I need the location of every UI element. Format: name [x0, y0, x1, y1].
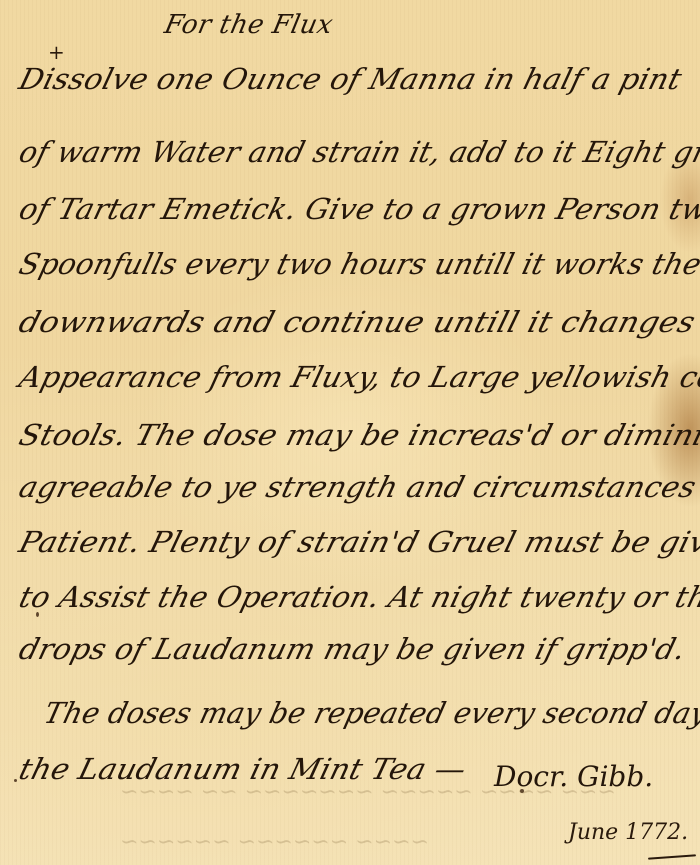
ink-blot — [36, 612, 39, 617]
manuscript-line-3: of Tartar Emetick. Give to a grown Perso… — [16, 192, 700, 226]
margin-cross-mark: + — [48, 40, 65, 64]
date: June 1772. — [568, 820, 688, 845]
manuscript-line-6: Appearance from Fluxy, to Large yellowis… — [16, 360, 700, 394]
manuscript-line-7: Stools. The dose may be increas'd or dim… — [16, 418, 700, 452]
manuscript-line-1: Dissolve one Ounce of Manna in half a pi… — [16, 62, 686, 96]
manuscript-page: For the Flux + Dissolve one Ounce of Man… — [0, 0, 700, 865]
manuscript-line-2: of warm Water and strain it, add to it E… — [16, 135, 700, 169]
manuscript-line-8: agreeable to ye strength and circumstanc… — [16, 470, 700, 504]
manuscript-line-10: to Assist the Operation. At night twenty… — [16, 580, 700, 614]
manuscript-line-5: downwards and continue untill it changes… — [15, 305, 700, 339]
date-underline — [648, 854, 696, 859]
manuscript-line-4: Spoonfulls every two hours untill it wor… — [16, 247, 700, 281]
manuscript-heading: For the Flux — [162, 10, 336, 40]
manuscript-line-11: drops of Laudanum may be given if gripp'… — [16, 632, 690, 666]
manuscript-line-9: Patient. Plenty of strain'd Gruel must b… — [16, 525, 700, 559]
show-through-text: ~~~~ ~~~~~~ ~~~~~~ — [120, 830, 429, 855]
show-through-text: ~~~ ~~~~ ~~~~~ ~~~~~~~ ~~ ~~~~ — [120, 780, 616, 805]
manuscript-line-12: The doses may be repeated every second d… — [41, 696, 700, 730]
ink-blot — [14, 779, 17, 782]
